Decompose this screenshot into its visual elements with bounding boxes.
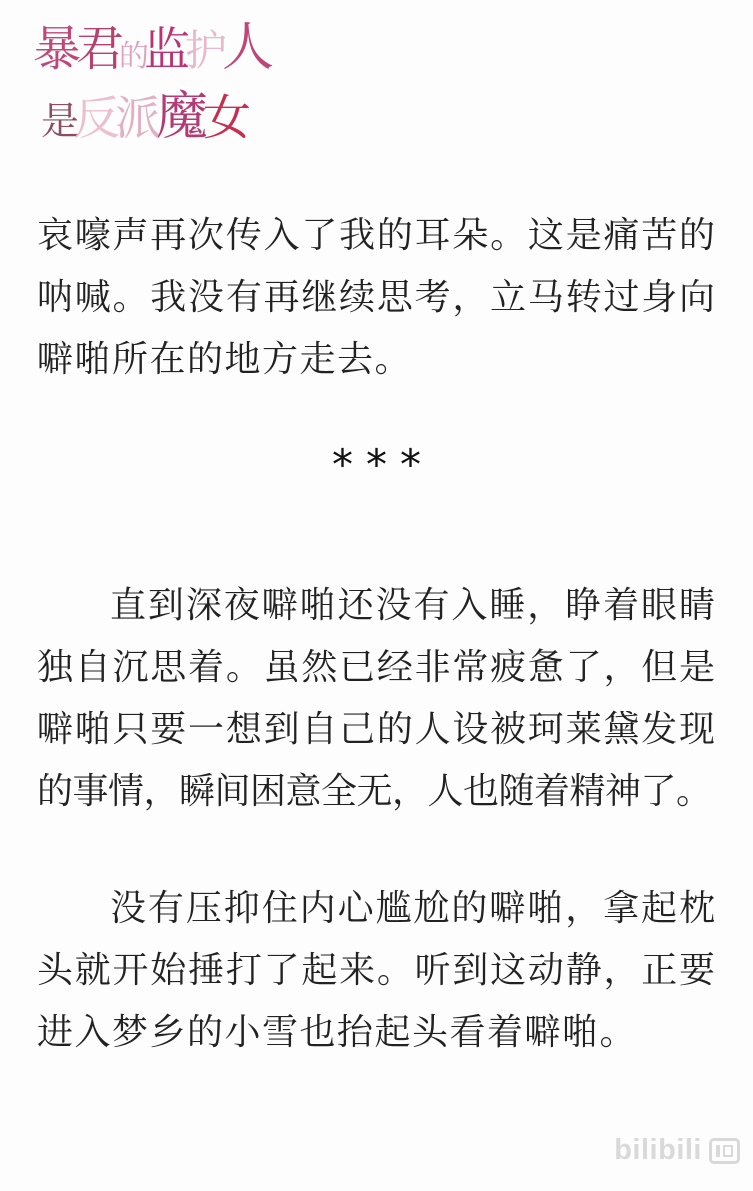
logo-char: 监 <box>144 15 185 85</box>
paragraph-line: 头就开始捶打了起来。听到这动静，正要 <box>37 939 715 1001</box>
logo-char: 女 <box>203 91 246 147</box>
paragraph-line: 呐喊。我没有再继续思考，立马转过身向 <box>37 266 715 328</box>
bilibili-logo-text: bilibili <box>614 1134 702 1167</box>
scene-divider: *** <box>0 444 753 486</box>
logo-char: 君 <box>76 15 119 85</box>
paragraph-line: 直到深夜噼啪还没有入睡，睁着眼睛 <box>37 574 715 636</box>
logo-char: 人 <box>222 14 269 84</box>
paragraph-line: 独自沉思着。虽然已经非常疲惫了，但是 <box>37 636 715 698</box>
paragraph-line: 进入梦乡的小雪也抬起头看着噼啪。 <box>37 1001 715 1063</box>
bilibili-watermark: bilibili <box>614 1134 740 1167</box>
paragraph-line: 哀嚎声再次传入了我的耳朵。这是痛苦的 <box>37 204 715 266</box>
paragraph-line: 的事情，瞬间困意全无，人也随着精神了。 <box>37 760 715 822</box>
paragraph-2: 直到深夜噼啪还没有入睡，睁着眼睛 独自沉思着。虽然已经非常疲惫了，但是 噼啪只要… <box>37 574 715 822</box>
paragraph-line: 噼啪所在的地方走去。 <box>37 328 715 390</box>
logo-char: 派 <box>115 91 156 147</box>
paragraph-line: 噼啪只要一想到自己的人设被珂莱黛发现 <box>37 698 715 760</box>
bilibili-tv-icon <box>709 1138 740 1164</box>
logo-char: 是 <box>41 94 74 150</box>
logo-char: 暴 <box>33 15 76 85</box>
series-logo: 暴君的监护人 是反派魔女 <box>33 14 269 158</box>
paragraph-line: 没有压抑住内心尴尬的噼啪，拿起枕 <box>37 877 715 939</box>
logo-char: 魔 <box>156 90 203 146</box>
logo-title-line1: 暴君的监护人 <box>33 14 269 96</box>
paragraph-3: 没有压抑住内心尴尬的噼啪，拿起枕 头就开始捶打了起来。听到这动静，正要 进入梦乡… <box>37 877 715 1063</box>
logo-char: 护 <box>185 17 222 87</box>
paragraph-1: 哀嚎声再次传入了我的耳朵。这是痛苦的 呐喊。我没有再继续思考，立马转过身向 噼啪… <box>37 204 715 390</box>
page: 暴君的监护人 是反派魔女 哀嚎声再次传入了我的耳朵。这是痛苦的 呐喊。我没有再继… <box>0 0 753 1191</box>
logo-char: 的 <box>119 22 144 92</box>
logo-char: 反 <box>74 91 115 147</box>
logo-title-line2: 是反派魔女 <box>41 90 269 158</box>
